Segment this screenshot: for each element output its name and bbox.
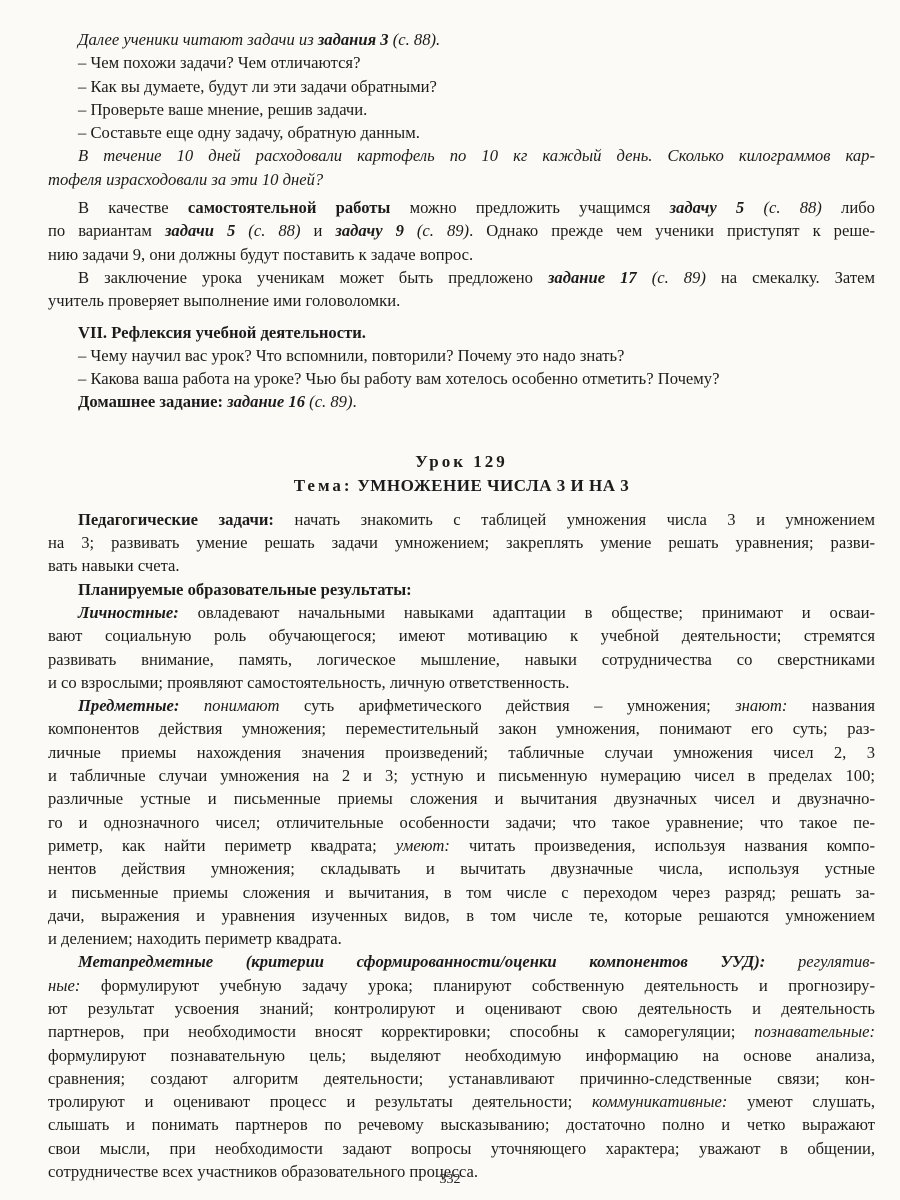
- text-line: Личностные: овладевают начальными навыка…: [48, 601, 875, 624]
- text-run: – Проверьте ваше мнение, решив задачи.: [78, 100, 367, 119]
- text-run: Домашнее задание:: [78, 392, 227, 411]
- text-run: коммуникативные:: [592, 1092, 727, 1111]
- text-line: нентов действия умножения; складывать и …: [48, 857, 875, 880]
- text-run: В течение 10 дней расходовали картофель …: [78, 146, 875, 165]
- lesson-body-section: Педагогические задачи: начать знакомить …: [48, 508, 875, 1184]
- text-line: и табличные случаи умножения на 2 и 3; у…: [48, 764, 875, 787]
- text-run: личные приемы нахождения значения произв…: [48, 743, 875, 762]
- text-line: и со взрослыми; проявляют самостоятельно…: [48, 671, 875, 694]
- text-line: учитель проверяет выполнение ими головол…: [48, 289, 875, 312]
- text-run: формулируют познавательную цель; выделяю…: [48, 1046, 875, 1065]
- spacer: [48, 414, 875, 450]
- text-line: на 3; развивать умение решать задачи умн…: [48, 531, 875, 554]
- text-run: . Однако прежде чем ученики приступят к …: [469, 221, 875, 240]
- text-run: партнеров, при необходимости вносят корр…: [48, 1022, 754, 1041]
- text-line: В течение 10 дней расходовали картофель …: [48, 144, 875, 167]
- text-run: Личностные:: [78, 603, 179, 622]
- text-run: риметр, как найти периметр квадрата;: [48, 836, 396, 855]
- text-line: В качестве самостоятельной работы можно …: [48, 196, 875, 219]
- text-run: задание 16: [227, 392, 305, 411]
- text-run: вают социальную роль обучающегося; имеют…: [48, 626, 875, 645]
- text-run: регулятив-: [765, 952, 875, 971]
- text-line: формулируют познавательную цель; выделяю…: [48, 1044, 875, 1067]
- text-run: на 3; развивать умение решать задачи умн…: [48, 533, 875, 552]
- text-line: партнеров, при необходимости вносят корр…: [48, 1020, 875, 1043]
- text-run: и: [300, 221, 335, 240]
- text-run: и со взрослыми; проявляют самостоятельно…: [48, 673, 569, 692]
- text-run: Педагогические задачи:: [78, 510, 274, 529]
- text-run: ные:: [48, 976, 80, 995]
- lesson-number: Урок 129: [48, 450, 875, 474]
- text-run: тролируют и оценивают процесс и результа…: [48, 1092, 592, 1111]
- text-line: – Как вы думаете, будут ли эти задачи об…: [48, 75, 875, 98]
- text-run: названия: [787, 696, 875, 715]
- text-run: сравнения; создают алгоритм деятельности…: [48, 1069, 875, 1088]
- text-line: компонентов действия умножения; перемест…: [48, 717, 875, 740]
- text-run: (с. 88).: [389, 30, 441, 49]
- text-line: тофеля израсходовали за эти 10 дней?: [48, 168, 875, 191]
- text-run: овладевают начальными навыками адаптации…: [179, 603, 875, 622]
- text-line: дачи, выражения и уравнения изученных ви…: [48, 904, 875, 927]
- text-run: слышать и понимать партнеров по речевому…: [48, 1115, 875, 1134]
- text-run: задачи 5: [165, 221, 235, 240]
- text-run: VII. Рефлексия учебной деятельности.: [78, 323, 366, 342]
- text-line: VII. Рефлексия учебной деятельности.: [48, 321, 875, 344]
- text-run: суть арифметического действия – умножени…: [280, 696, 736, 715]
- text-run: задачу 5: [670, 198, 745, 217]
- text-line: вают социальную роль обучающегося; имеют…: [48, 624, 875, 647]
- independent-work-section: В качестве самостоятельной работы можно …: [48, 196, 875, 312]
- text-run: учитель проверяет выполнение ими головол…: [48, 291, 400, 310]
- text-run: Планируемые образовательные результаты:: [78, 580, 412, 599]
- text-run: .: [352, 392, 356, 411]
- text-line: го и однозначного чисел; отличительные о…: [48, 811, 875, 834]
- text-run: свои мысли, при необходимости задают воп…: [48, 1139, 875, 1158]
- reflection-section: VII. Рефлексия учебной деятельности.– Че…: [48, 321, 875, 414]
- text-line: – Проверьте ваше мнение, решив задачи.: [48, 98, 875, 121]
- text-run: – Чем похожи задачи? Чем отличаются?: [78, 53, 360, 72]
- text-line: Педагогические задачи: начать знакомить …: [48, 508, 875, 531]
- text-run: Предметные:: [78, 696, 179, 715]
- spacer: [48, 498, 875, 508]
- text-run: читать произведения, используя названия …: [450, 836, 875, 855]
- text-line: Планируемые образовательные результаты:: [48, 578, 875, 601]
- text-line: – Составьте еще одну задачу, обратную да…: [48, 121, 875, 144]
- text-line: нию задачи 9, они должны будут поставить…: [48, 243, 875, 266]
- text-run: самостоятельной работы: [188, 198, 391, 217]
- text-line: риметр, как найти периметр квадрата; уме…: [48, 834, 875, 857]
- text-line: личные приемы нахождения значения произв…: [48, 741, 875, 764]
- text-run: различные устные и письменные приемы сло…: [48, 789, 875, 808]
- lesson-topic: Тема: УМНОЖЕНИЕ ЧИСЛА 3 И НА 3: [48, 474, 875, 498]
- page-number: 332: [0, 1172, 900, 1188]
- text-line: тролируют и оценивают процесс и результа…: [48, 1090, 875, 1113]
- lesson-heading: Урок 129 Тема: УМНОЖЕНИЕ ЧИСЛА 3 И НА 3: [48, 450, 875, 498]
- text-run: компонентов действия умножения; перемест…: [48, 719, 875, 738]
- lesson-number-text: Урок 129: [415, 452, 508, 471]
- text-line: и делением; находить периметр квадрата.: [48, 927, 875, 950]
- text-run: начать знакомить с таблицей умножения чи…: [274, 510, 875, 529]
- text-line: – Чем похожи задачи? Чем отличаются?: [48, 51, 875, 74]
- text-run: В заключение урока ученикам может быть п…: [78, 268, 548, 287]
- text-line: – Какова ваша работа на уроке? Чью бы ра…: [48, 367, 875, 390]
- spacer: [48, 313, 875, 321]
- text-run: и письменные приемы сложения и вычитания…: [48, 883, 875, 902]
- text-run: (с. 89): [305, 392, 352, 411]
- text-run: нентов действия умножения; складывать и …: [48, 859, 875, 878]
- text-line: Далее ученики читают задачи из задания 3…: [48, 28, 875, 51]
- text-run: – Чему научил вас урок? Что вспомнили, п…: [78, 346, 624, 365]
- text-line: Домашнее задание: задание 16 (с. 89).: [48, 390, 875, 413]
- text-line: – Чему научил вас урок? Что вспомнили, п…: [48, 344, 875, 367]
- text-run: го и однозначного чисел; отличительные о…: [48, 813, 875, 832]
- text-run: вать навыки счета.: [48, 556, 180, 575]
- text-run: – Как вы думаете, будут ли эти задачи об…: [78, 77, 437, 96]
- text-run: развивать внимание, память, логическое м…: [48, 650, 875, 669]
- document-page: Далее ученики читают задачи из задания 3…: [48, 28, 875, 1183]
- text-run: задания 3: [318, 30, 389, 49]
- text-run: и табличные случаи умножения на 2 и 3; у…: [48, 766, 875, 785]
- text-run: – Какова ваша работа на уроке? Чью бы ра…: [78, 369, 719, 388]
- text-run: – Составьте еще одну задачу, обратную да…: [78, 123, 420, 142]
- text-line: различные устные и письменные приемы сло…: [48, 787, 875, 810]
- text-run: дачи, выражения и уравнения изученных ви…: [48, 906, 875, 925]
- text-run: понимают: [179, 696, 279, 715]
- intro-section: Далее ученики читают задачи из задания 3…: [48, 28, 875, 191]
- text-line: слышать и понимать партнеров по речевому…: [48, 1113, 875, 1136]
- text-line: по вариантам задачи 5 (с. 88) и задачу 9…: [48, 219, 875, 242]
- text-run: по вариантам: [48, 221, 165, 240]
- text-run: Метапредметные (критерии сформированност…: [78, 952, 765, 971]
- text-line: ют результат усвоения знаний; контролиру…: [48, 997, 875, 1020]
- text-line: свои мысли, при необходимости задают воп…: [48, 1137, 875, 1160]
- text-run: Далее ученики читают задачи из: [78, 30, 318, 49]
- text-run: В качестве: [78, 198, 188, 217]
- text-run: формулируют учебную задачу урока; планир…: [80, 976, 875, 995]
- text-line: вать навыки счета.: [48, 554, 875, 577]
- text-run: (с. 89): [637, 268, 706, 287]
- text-run: задание 17: [548, 268, 637, 287]
- text-run: либо: [822, 198, 875, 217]
- text-run: знают:: [735, 696, 787, 715]
- text-run: тофеля израсходовали за эти 10 дней?: [48, 170, 323, 189]
- text-run: и делением; находить периметр квадрата.: [48, 929, 342, 948]
- text-run: задачу 9: [335, 221, 403, 240]
- text-line: Предметные: понимают суть арифметическог…: [48, 694, 875, 717]
- text-line: В заключение урока ученикам может быть п…: [48, 266, 875, 289]
- text-run: умеют:: [396, 836, 450, 855]
- text-line: Метапредметные (критерии сформированност…: [48, 950, 875, 973]
- topic-title: УМНОЖЕНИЕ ЧИСЛА 3 И НА 3: [357, 476, 629, 495]
- topic-prefix: Тема:: [294, 476, 353, 495]
- text-run: ют результат усвоения знаний; контролиру…: [48, 999, 875, 1018]
- text-run: (с. 88): [235, 221, 300, 240]
- text-run: познавательные:: [754, 1022, 875, 1041]
- text-run: (с. 88): [744, 198, 822, 217]
- text-run: нию задачи 9, они должны будут поставить…: [48, 245, 473, 264]
- text-run: на смекалку. Затем: [706, 268, 875, 287]
- text-run: умеют слушать,: [727, 1092, 875, 1111]
- text-line: ные: формулируют учебную задачу урока; п…: [48, 974, 875, 997]
- text-line: развивать внимание, память, логическое м…: [48, 648, 875, 671]
- text-line: и письменные приемы сложения и вычитания…: [48, 881, 875, 904]
- text-line: сравнения; создают алгоритм деятельности…: [48, 1067, 875, 1090]
- text-run: можно предложить учащимся: [390, 198, 669, 217]
- text-run: (с. 89): [404, 221, 469, 240]
